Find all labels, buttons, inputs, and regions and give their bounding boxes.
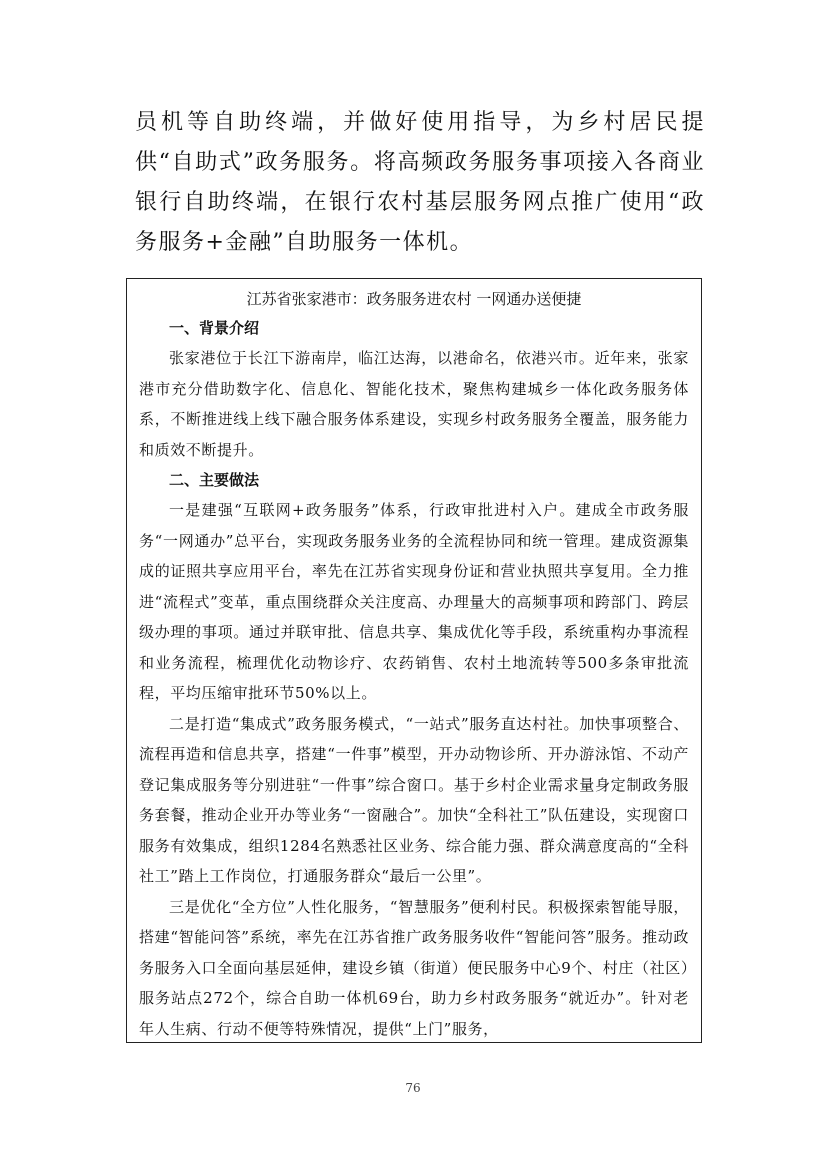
page-number: 76 <box>0 1081 826 1095</box>
case-study-title: 江苏省张家港市：政务服务进农村 一网通办送便捷 <box>139 285 689 313</box>
section-heading-background: 一、背景介绍 <box>139 313 689 343</box>
background-paragraph: 张家港位于长江下游南岸，临江达海，以港命名，依港兴市。近年来，张家港市充分借助数… <box>139 343 689 465</box>
practice-paragraph-2: 二是打造“集成式”政务服务模式，“一站式”服务直达村社。加快事项整合、流程再造和… <box>139 709 689 892</box>
case-study-box: 江苏省张家港市：政务服务进农村 一网通办送便捷 一、背景介绍 张家港位于长江下游… <box>126 278 702 1043</box>
practice-paragraph-1: 一是建强“互联网+政务服务”体系，行政审批进村入户。建成全市政务服务“一网通办”… <box>139 495 689 709</box>
intro-paragraph: 员机等自助终端，并做好使用指导，为乡村居民提供“自助式”政务服务。将高频政务服务… <box>135 103 705 263</box>
section-heading-practices: 二、主要做法 <box>139 465 689 495</box>
intro-text-block: 员机等自助终端，并做好使用指导，为乡村居民提供“自助式”政务服务。将高频政务服务… <box>135 103 705 263</box>
practice-paragraph-3: 三是优化“全方位”人性化服务，“智慧服务”便利村民。积极探索智能导服，搭建“智能… <box>139 892 689 1044</box>
